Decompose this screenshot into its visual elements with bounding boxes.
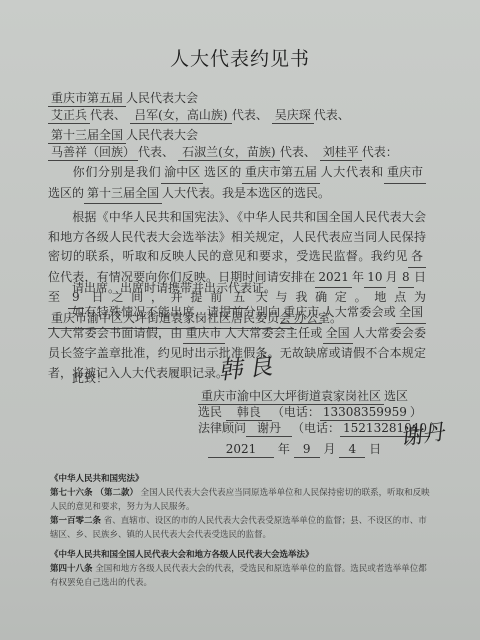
org: 全国 bbox=[323, 324, 353, 345]
org: 全国 bbox=[396, 303, 426, 324]
text: 选区的 bbox=[203, 165, 242, 179]
law-title: 《中华人民共和国全国人民代表大会和地方各级人民代表大会选举法》 bbox=[50, 548, 430, 562]
rep-suffix: 代表、 bbox=[314, 108, 350, 122]
text: 的 bbox=[72, 186, 84, 200]
rep-name: 吕军(女，高山族) bbox=[130, 107, 232, 124]
counsel-signature: 谢丹 bbox=[398, 415, 446, 452]
rep-name: 马善祥（回族） bbox=[48, 144, 138, 161]
text: 人大代表和 bbox=[320, 165, 384, 179]
rep-suffix: 代表、 bbox=[138, 145, 174, 159]
org: 重庆市 bbox=[183, 324, 225, 345]
congress: 第十三届全国 bbox=[84, 184, 162, 205]
article-label: 第四十八条 bbox=[50, 564, 93, 574]
law-title: 《中华人民共和国宪法》 bbox=[50, 472, 430, 486]
date-year: 2021 bbox=[208, 441, 274, 458]
sender-district: 重庆市渝中区大坪街道袁家岗社区 bbox=[198, 388, 384, 405]
paragraph-intro: 你们分别是我们渝中区选区的重庆市第五届人大代表和重庆市选区的第十三届全国人大代表… bbox=[48, 163, 426, 204]
voter-signature: 韩良 bbox=[216, 345, 279, 386]
label: （电话： bbox=[272, 405, 320, 419]
congress-suffix: 人民代表大会 bbox=[126, 91, 198, 105]
sender-district-line: 重庆市渝中区大坪街道袁家岗社区选区 bbox=[198, 388, 408, 405]
text: 人大常委会或 bbox=[322, 305, 396, 319]
article: 第一百零二条 省、直辖市、设区的市的人民代表大会代表受原选举单位的监督；县、不设… bbox=[50, 514, 430, 542]
closing: 此致！ bbox=[72, 370, 108, 386]
voter-line: 选民 韩良（电话：13308359959） bbox=[198, 404, 422, 421]
article-label: 第七十六条 （第二款） bbox=[50, 488, 138, 498]
counsel-name: 谢丹 bbox=[246, 420, 292, 437]
rep-suffix: 代表、 bbox=[90, 108, 126, 122]
paragraph-attend: 请出席。出席时请携带并出示代表证。 bbox=[48, 279, 426, 299]
city: 重庆市 bbox=[384, 163, 426, 184]
text: 你们分别是我们 bbox=[72, 165, 161, 179]
page-title: 人大代表约见书 bbox=[0, 44, 480, 71]
article-text: 省、直辖市、设区的市的人民代表大会代表受原选举单位的监督；县、不设区的市、市辖区… bbox=[50, 516, 427, 540]
text: 人大代表。我是本选区的选民。 bbox=[162, 186, 330, 200]
date-line: 2021 年 9 月 4 日 bbox=[208, 441, 381, 458]
text: 如有特殊情况不能出席，请提前分别向 bbox=[72, 305, 280, 319]
article-label: 第一百零二条 bbox=[50, 516, 101, 526]
voter-phone: 13308359959 bbox=[320, 404, 410, 421]
rep-name: 刘桂平 bbox=[320, 144, 362, 161]
label: 选民 bbox=[198, 405, 222, 419]
congress-name: 重庆市第五届 bbox=[48, 90, 126, 107]
label: 法律顾问 bbox=[198, 421, 246, 435]
org: 重庆市 bbox=[280, 303, 322, 324]
label: 日 bbox=[369, 442, 381, 456]
text: 人大常委会书面请假，由 bbox=[48, 326, 183, 340]
date-day: 4 bbox=[339, 441, 365, 458]
text: 人大常委会主任或 bbox=[225, 326, 323, 340]
label: 年 bbox=[278, 442, 290, 456]
text: 选区 bbox=[48, 186, 72, 200]
text: 选区 bbox=[384, 389, 408, 403]
article: 第四十八条 全国和地方各级人民代表大会的代表，受选民和原选举单位的监督。选民或者… bbox=[50, 562, 430, 590]
label: （电话： bbox=[292, 421, 340, 435]
article-text: 全国和地方各级人民代表大会的代表，受选民和原选举单位的监督。选民或者选举单位都有… bbox=[50, 564, 427, 588]
reps-line-1: 艾正兵代表、 吕军(女，高山族)代表、 吴庆琛代表、 bbox=[48, 107, 350, 124]
rep-suffix: 代表： bbox=[362, 145, 398, 159]
law-constitution: 《中华人民共和国宪法》 第七十六条 （第二款） 全国人民代表大会代表应当同原选举… bbox=[50, 472, 430, 542]
law-election: 《中华人民共和国全国人民代表大会和地方各级人民代表大会选举法》 第四十八条 全国… bbox=[50, 548, 430, 590]
text: 根据《中华人民共和国宪法》、《中华人民共和国全国人民代表大会和地方各级人民代表大… bbox=[48, 210, 426, 263]
rep-name: 吴庆琛 bbox=[272, 107, 314, 124]
rep-name: 石淑兰(女，苗族) bbox=[178, 144, 280, 161]
district: 渝中区 bbox=[161, 163, 203, 184]
voter-name: 韩良 bbox=[226, 404, 272, 421]
rep-suffix: 代表、 bbox=[232, 108, 268, 122]
rep-suffix: 代表、 bbox=[280, 145, 316, 159]
article: 第七十六条 （第二款） 全国人民代表大会代表应当同原选举单位和人民保持密切的联系… bbox=[50, 486, 430, 514]
appointment-letter: 人大代表约见书 重庆市第五届人民代表大会 艾正兵代表、 吕军(女，高山族)代表、… bbox=[0, 0, 480, 640]
congress-name: 第十三届全国 bbox=[48, 127, 126, 144]
congress-line-1: 重庆市第五届人民代表大会 bbox=[48, 90, 198, 107]
congress-line-2: 第十三届全国人民代表大会 bbox=[48, 127, 198, 144]
reps-line-2: 马善祥（回族）代表、 石淑兰(女，苗族)代表、 刘桂平代表： bbox=[48, 144, 398, 161]
who: 各 bbox=[408, 247, 426, 268]
date-month: 9 bbox=[294, 441, 320, 458]
rep-name: 艾正兵 bbox=[48, 107, 90, 124]
congress: 重庆市第五届 bbox=[242, 163, 320, 184]
congress-suffix: 人民代表大会 bbox=[126, 128, 198, 142]
label: 月 bbox=[324, 442, 336, 456]
text: 请出席。出席时请携带并出示代表证。 bbox=[72, 281, 276, 295]
label: ） bbox=[410, 405, 422, 419]
